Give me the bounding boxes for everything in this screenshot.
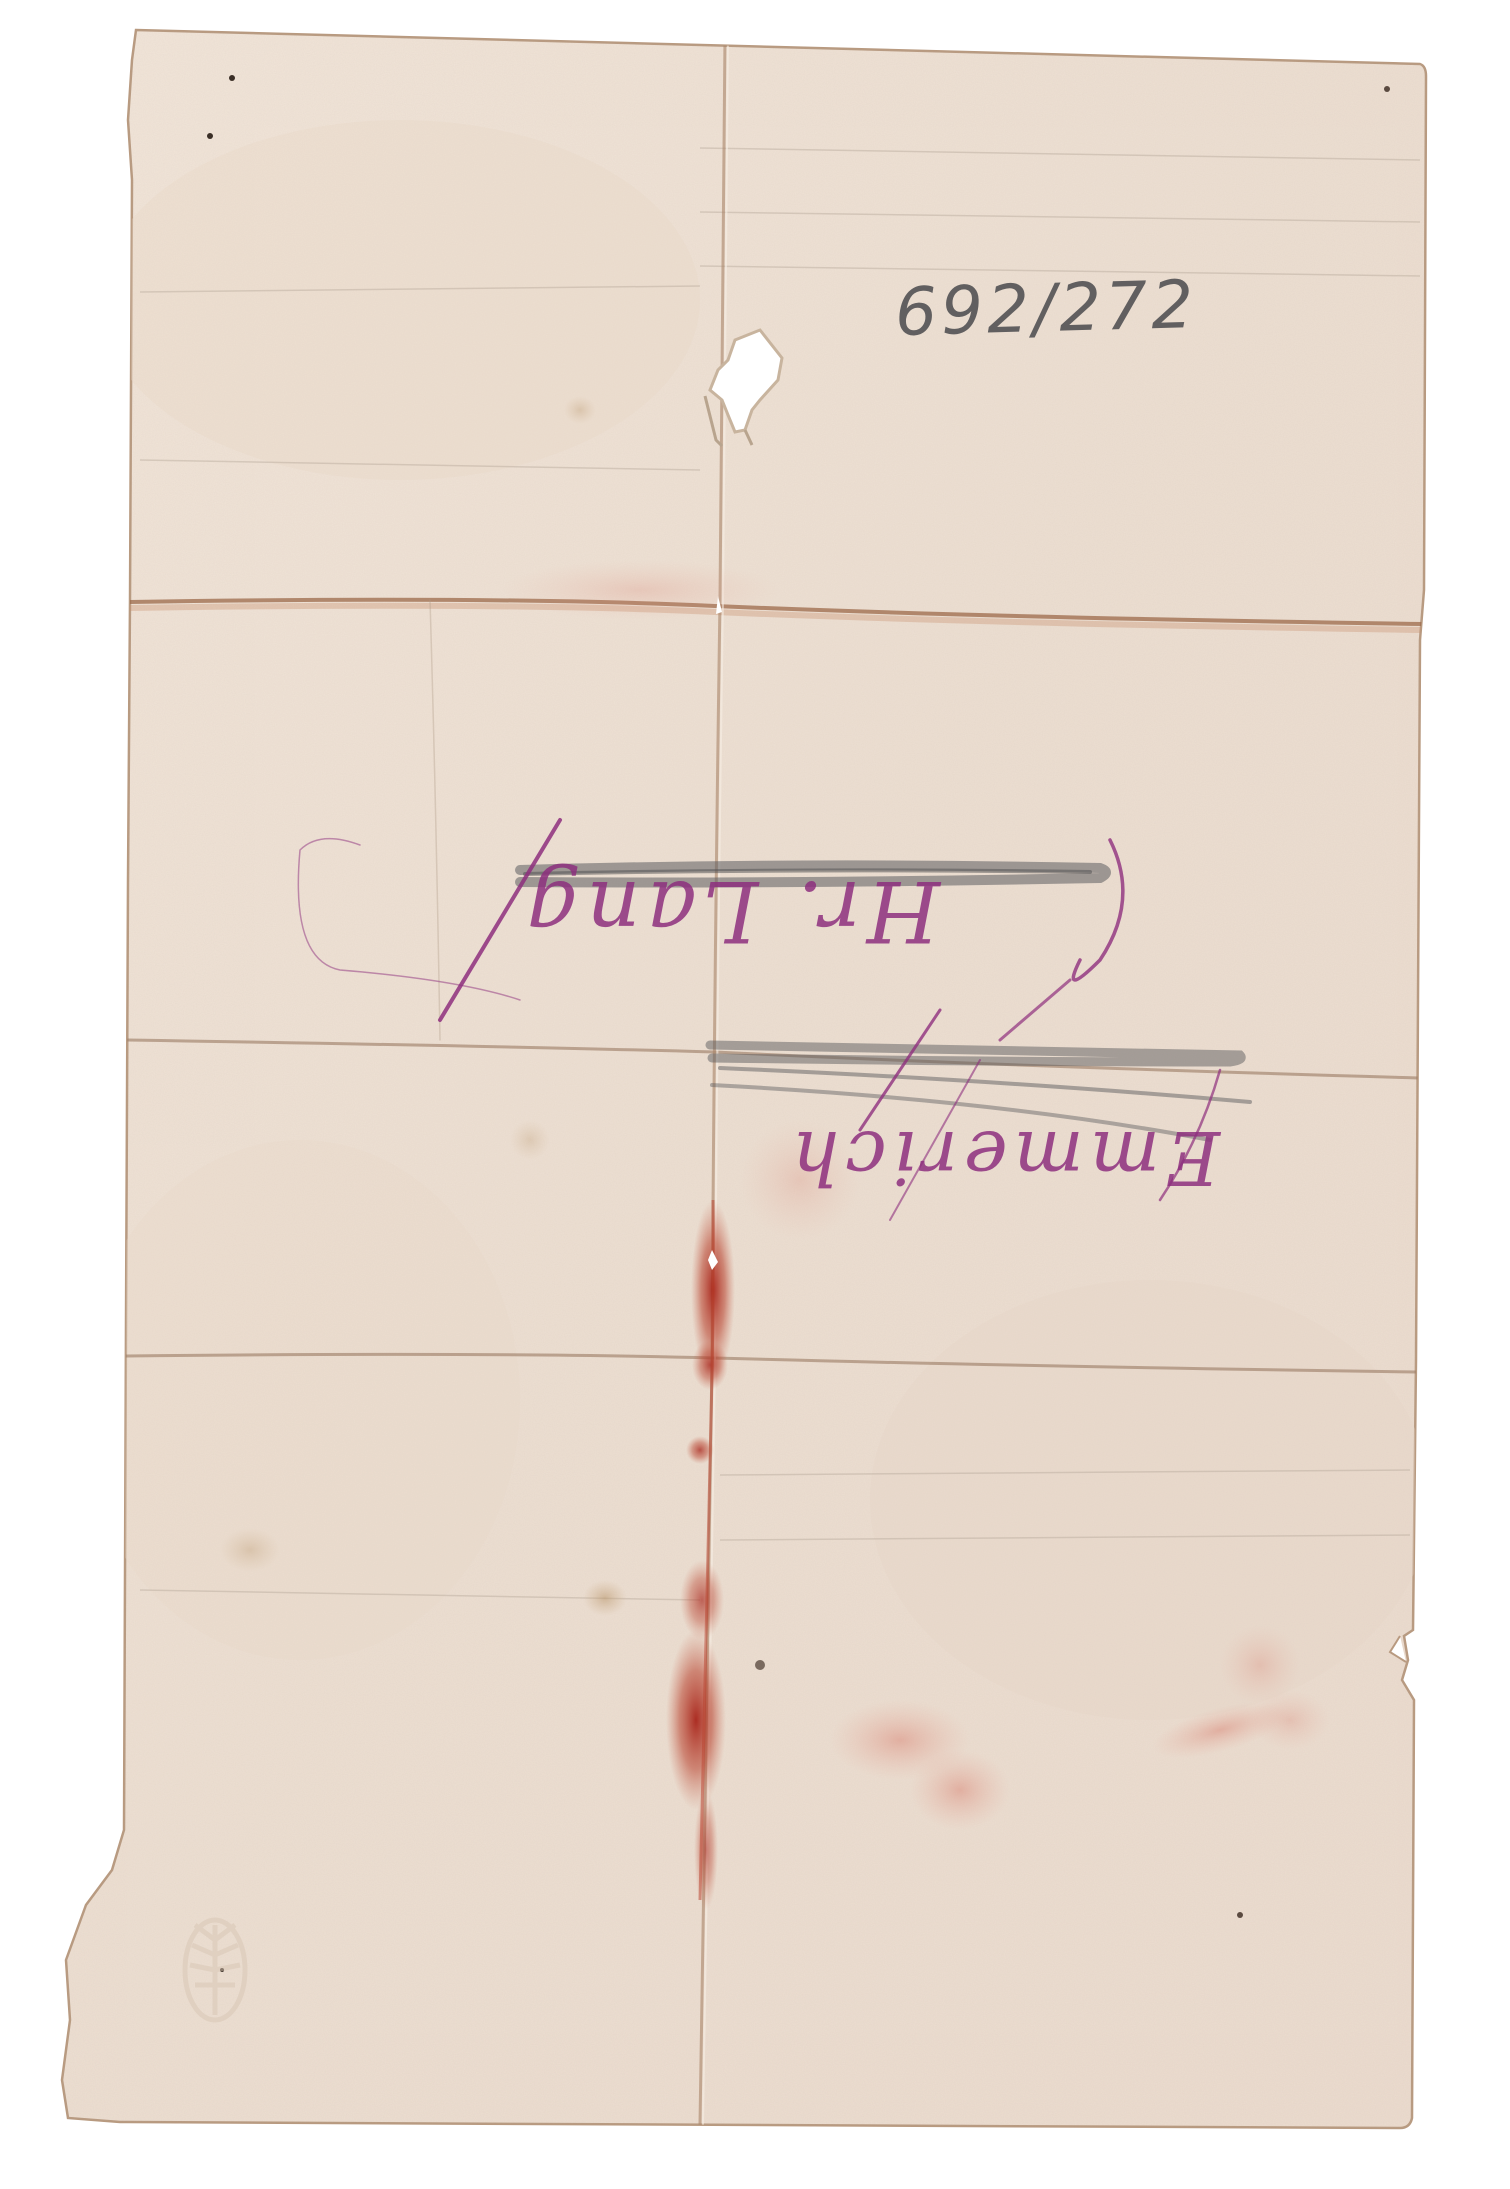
- catalog-number: 692/272: [894, 266, 1198, 351]
- address-line-1: Emmerich: [786, 1114, 1220, 1200]
- handwritten-address: Emmerich Hr. Lang: [300, 830, 1260, 1210]
- scan-background: 692/272 Emmerich Hr. Lang: [0, 0, 1510, 2189]
- address-line-2: Hr. Lang: [521, 862, 940, 960]
